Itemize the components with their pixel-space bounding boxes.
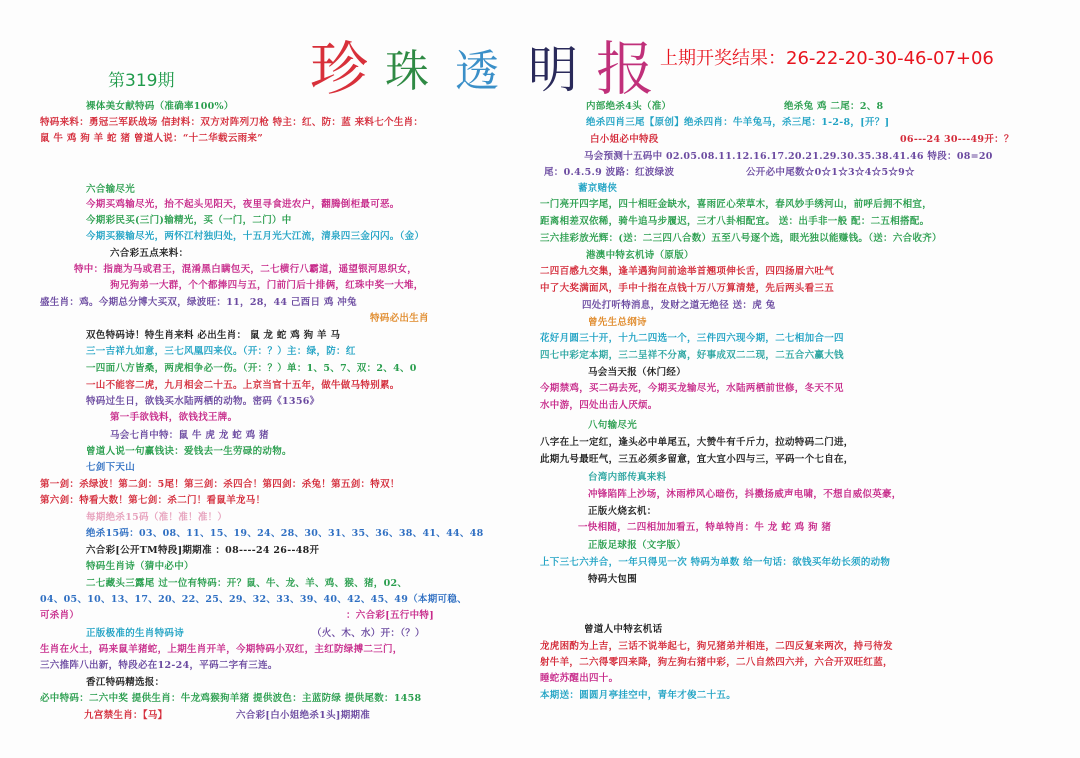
right-line-28: 正版火烧玄机： (588, 506, 657, 518)
right-line-26: 台湾内部传真来料 (588, 472, 666, 484)
right-line-37: 本期送：圆圆月亭挂空中，青年才俊二十五。 (540, 690, 736, 702)
last-result-label: 上期开奖结果： (660, 48, 786, 69)
right-line-29: 一快相随，二四相加加看五，特单特肖：牛 龙 蛇 鸡 狗 猪 (578, 522, 831, 534)
left-line-1: 裸体美女献特码（准确率100%） (86, 101, 234, 113)
right-line-23: 八句输尽光 (588, 420, 637, 432)
right-line-15: 中了大奖满面风，手中十指在点钱十万八万算清楚，先后两头看三五 (540, 283, 834, 295)
left-line-6: 今期彩民买(三门)输精光，买（一门，二门）中 (86, 215, 292, 227)
left-line-15: 一四面八方皆桑，两虎相争必一伤。（开：？）单：1、5、7、双：2、4、0 (86, 363, 417, 375)
title-char-3: 透 (455, 35, 499, 99)
left-line-32: 正版极准的生肖特码诗 (86, 628, 184, 640)
right-line-13: 港澳中特玄机诗（原版） (586, 250, 694, 262)
left-line-17: 特码过生日，欲钱买水陆两栖的动物。密码《1356》 (86, 396, 319, 408)
right-line-34: 龙虎困酌为上吉，三话不说举起七，狗兄猪弟并相连，二四反复来两次，持弓待发 (540, 641, 893, 653)
left-line-5: 今期买鸡输尽光，抬不起头见阳天，夜里寻食进农户，翻腾倒柜最可恶。 (86, 199, 400, 211)
right-line-27: 冲锋陷阵上沙场，沐雨栉风心暗伤，抖擞扬威声电啸，不想自威似英豪， (588, 489, 902, 501)
left-line-26: 六合彩[公开TM特段]期期准 ：08----24 26--48开 (86, 545, 319, 557)
right-line-4: 白小姐必中特段 (590, 134, 659, 146)
left-line-29: 04、05、10、13、17、20、22、25、29、32、33、39、40、4… (40, 594, 467, 606)
right-line-5: 06---24 30---49开：？ (900, 134, 1014, 146)
right-line-8: 公开必中尾数☆0☆1☆3☆4☆5☆9☆ (746, 167, 915, 179)
right-line-21: 今期禁鸡，买二码去死，今期买龙输尽光，水陆两栖前世修，冬天不见 (540, 383, 844, 395)
left-line-10: 狗兄狗弟一大群，个个都捧四与五，门前门后十排俩，红珠中奖一大堆， (110, 280, 424, 292)
left-line-14: 三一吉祥九如意，三七风凰四来仪。（开：？）主：绿，防：红 (86, 346, 356, 358)
right-line-19: 四七中彩定本期，三二呈祥不分离，好事成双二二现，二五合六赢大钱 (540, 350, 844, 362)
right-line-17: 曾先生总纲诗 (588, 317, 647, 329)
left-line-9: 特中：指鹿为马或君王，混淆黑白瞒包天，二七横行八霸道，遥望银河思织女， (74, 264, 417, 276)
right-line-10: 一门亮开四字尾，四十相旺金缺水，喜雨匠心荣草木，春风妙手绣河山，前呼后拥不相宜， (540, 199, 932, 211)
right-line-36: 睡蛇苏醒出四十。 (540, 673, 618, 685)
right-line-9: 蓄京赌侠 (578, 183, 617, 195)
left-line-16: 一山不能容二虎，九月相会二十五。上京当官十五年，做牛做马特别累。 (86, 380, 400, 392)
right-line-22: 水中游，四处出击人厌烦。 (540, 400, 658, 412)
right-line-18: 花好月圆三十开，十九二四选一个，三件四六现今期，二七相加合一四 (540, 333, 844, 345)
title-char-2: 珠 (385, 35, 429, 99)
right-line-12: 三六挂彩放光辉：(送：二三四八合数）五至八号逐个选，眼光独以能赚钱。（送：六合收… (540, 233, 942, 245)
right-line-7: 尾：0.4.5.9 波路：红波绿波 (544, 167, 674, 179)
left-line-31: ：六合彩[五行中特] (346, 610, 434, 622)
right-line-1: 内部绝杀4头（准） (586, 101, 671, 113)
left-line-18: 第一手欲钱料，欲钱找王牌。 (110, 412, 237, 424)
title-char-5: 报 (596, 22, 654, 106)
right-line-6: 马会预测十五码中 02.05.08.11.12.16.17.20.21.29.3… (584, 151, 993, 163)
left-line-30: 可杀肖） (40, 610, 79, 622)
right-line-14: 二四百感九交集，逢羊遇狗问前途举首翘项伸长舌，四四扬眉六吐气 (540, 266, 834, 278)
left-line-39: 六合彩[白小姐绝杀1头]期期准 (236, 710, 370, 722)
left-line-38: 九宫禁生肖：【马】 (84, 710, 167, 722)
issue-number: 第319期 (108, 66, 174, 91)
left-line-13: 双色特码诗！特生肖来料 必出生肖： 鼠 龙 蛇 鸡 狗 羊 马 (86, 330, 340, 342)
left-line-27: 特码生肖诗（猜中必中） (86, 561, 194, 573)
right-line-24: 八字在上一定红，逢头必中单尾五，大赞牛有千斤力，拉动特码二门进， (540, 437, 854, 449)
right-line-32: 特码大包围 (588, 574, 637, 586)
last-result: 上期开奖结果：26-22-20-30-46-07+06 (660, 44, 994, 70)
left-line-35: 三六推阵八出新，特段必在12-24，平码二字有三连。 (40, 660, 278, 672)
left-line-37: 必中特码：二六中奖 提供生肖：牛龙鸡猴狗羊猪 提供波色：主蓝防绿 提供尾数：14… (40, 693, 421, 705)
right-line-3: 绝杀四肖三尾【原创】绝杀四肖：牛羊兔马，杀三尾：1-2-8，[开？] (586, 117, 889, 129)
right-line-31: 上下三七六并合，一年只得见一次 特码为单数 给一句话：欲钱买年幼长须的动物 (540, 557, 890, 569)
left-line-36: 香江特码精选报： (86, 677, 164, 689)
left-line-28: 二七藏头三露尾 过一位有特码：开？鼠、牛、龙、羊、鸡、猴、猪，02、 (86, 578, 407, 590)
left-line-3: 鼠 牛 鸡 狗 羊 蛇 猪 曾道人说：“十二华载云雨来” (40, 133, 263, 145)
title-char-1: 珍 (310, 22, 368, 106)
left-line-34: 生肖在火土，码来鼠羊猪蛇，上期生肖开羊，今期特码小双红，主红防绿搏二三门， (40, 644, 403, 656)
left-line-33: （火、木、水）开：（？） (312, 628, 425, 640)
right-line-30: 正版足球报（文字版） (588, 540, 686, 552)
left-line-23: 第六剑：特看大数！第七剑：杀二门！看鼠羊龙马！ (40, 495, 265, 507)
right-line-11: 距离相差双依稀，骑牛追马步履迟，三才八卦相配宜。 送：出手非一般 配：二五相搭配… (540, 216, 929, 228)
right-line-16: 四处打听特消息，发财之道无绝径 送：虎 兔 (582, 300, 775, 312)
left-line-21: 七剑下天山 (86, 462, 135, 474)
left-line-19: 马会七肖中特：鼠 牛 虎 龙 蛇 鸡 猪 (110, 430, 269, 442)
last-result-value: 26-22-20-30-46-07+06 (786, 48, 994, 69)
left-line-25: 绝杀15码：03、08、11、15、19、24、28、30、31、35、36、3… (86, 528, 484, 540)
left-line-20: 曾道人说一句赢钱诀：爱钱去一生劳碌的动物。 (86, 446, 292, 458)
right-line-25: 此期九号最旺气，三五必须多留意，宜大宜小四与三，平码一个七自在， (540, 454, 854, 466)
right-line-33: 曾道人中特玄机话 (584, 624, 662, 636)
left-line-8: 六合彩五点来料： (110, 248, 188, 260)
left-line-22: 第一剑：杀绿波！第二剑：5尾！第三剑：杀四合！第四剑：杀兔！第五剑：特双！ (40, 479, 400, 491)
right-line-2: 绝杀兔 鸡 二尾：2、8 (784, 101, 883, 113)
left-line-4: 六合输尽光 (86, 184, 135, 196)
right-line-20: 马会当天报（休门经） (588, 367, 686, 379)
left-line-2: 特码来料：勇冠三军跃战场 信封料：双方对阵列刀枪 特主：红、防：蓝 来料七个生肖… (40, 117, 423, 129)
left-line-12: 特码必出生肖 (370, 313, 429, 325)
title-char-4: 明 (528, 30, 578, 102)
left-line-11: 盛生肖：鸡。今期总分博大买双，绿波旺：11，28，44 己酉日 鸡 冲兔 (40, 297, 357, 309)
right-line-35: 射牛羊，二六得零四来降，狗左狗右猪中彩，二八自然四六并，六合开双旺红蓝， (540, 657, 893, 669)
left-line-24: 每期绝杀15码（准！准！准！） (86, 512, 227, 524)
left-line-7: 今期买猴输尽光，两怀江村独归处，十五月光大江流，清泉四三金闪闪。（金） (86, 231, 424, 243)
